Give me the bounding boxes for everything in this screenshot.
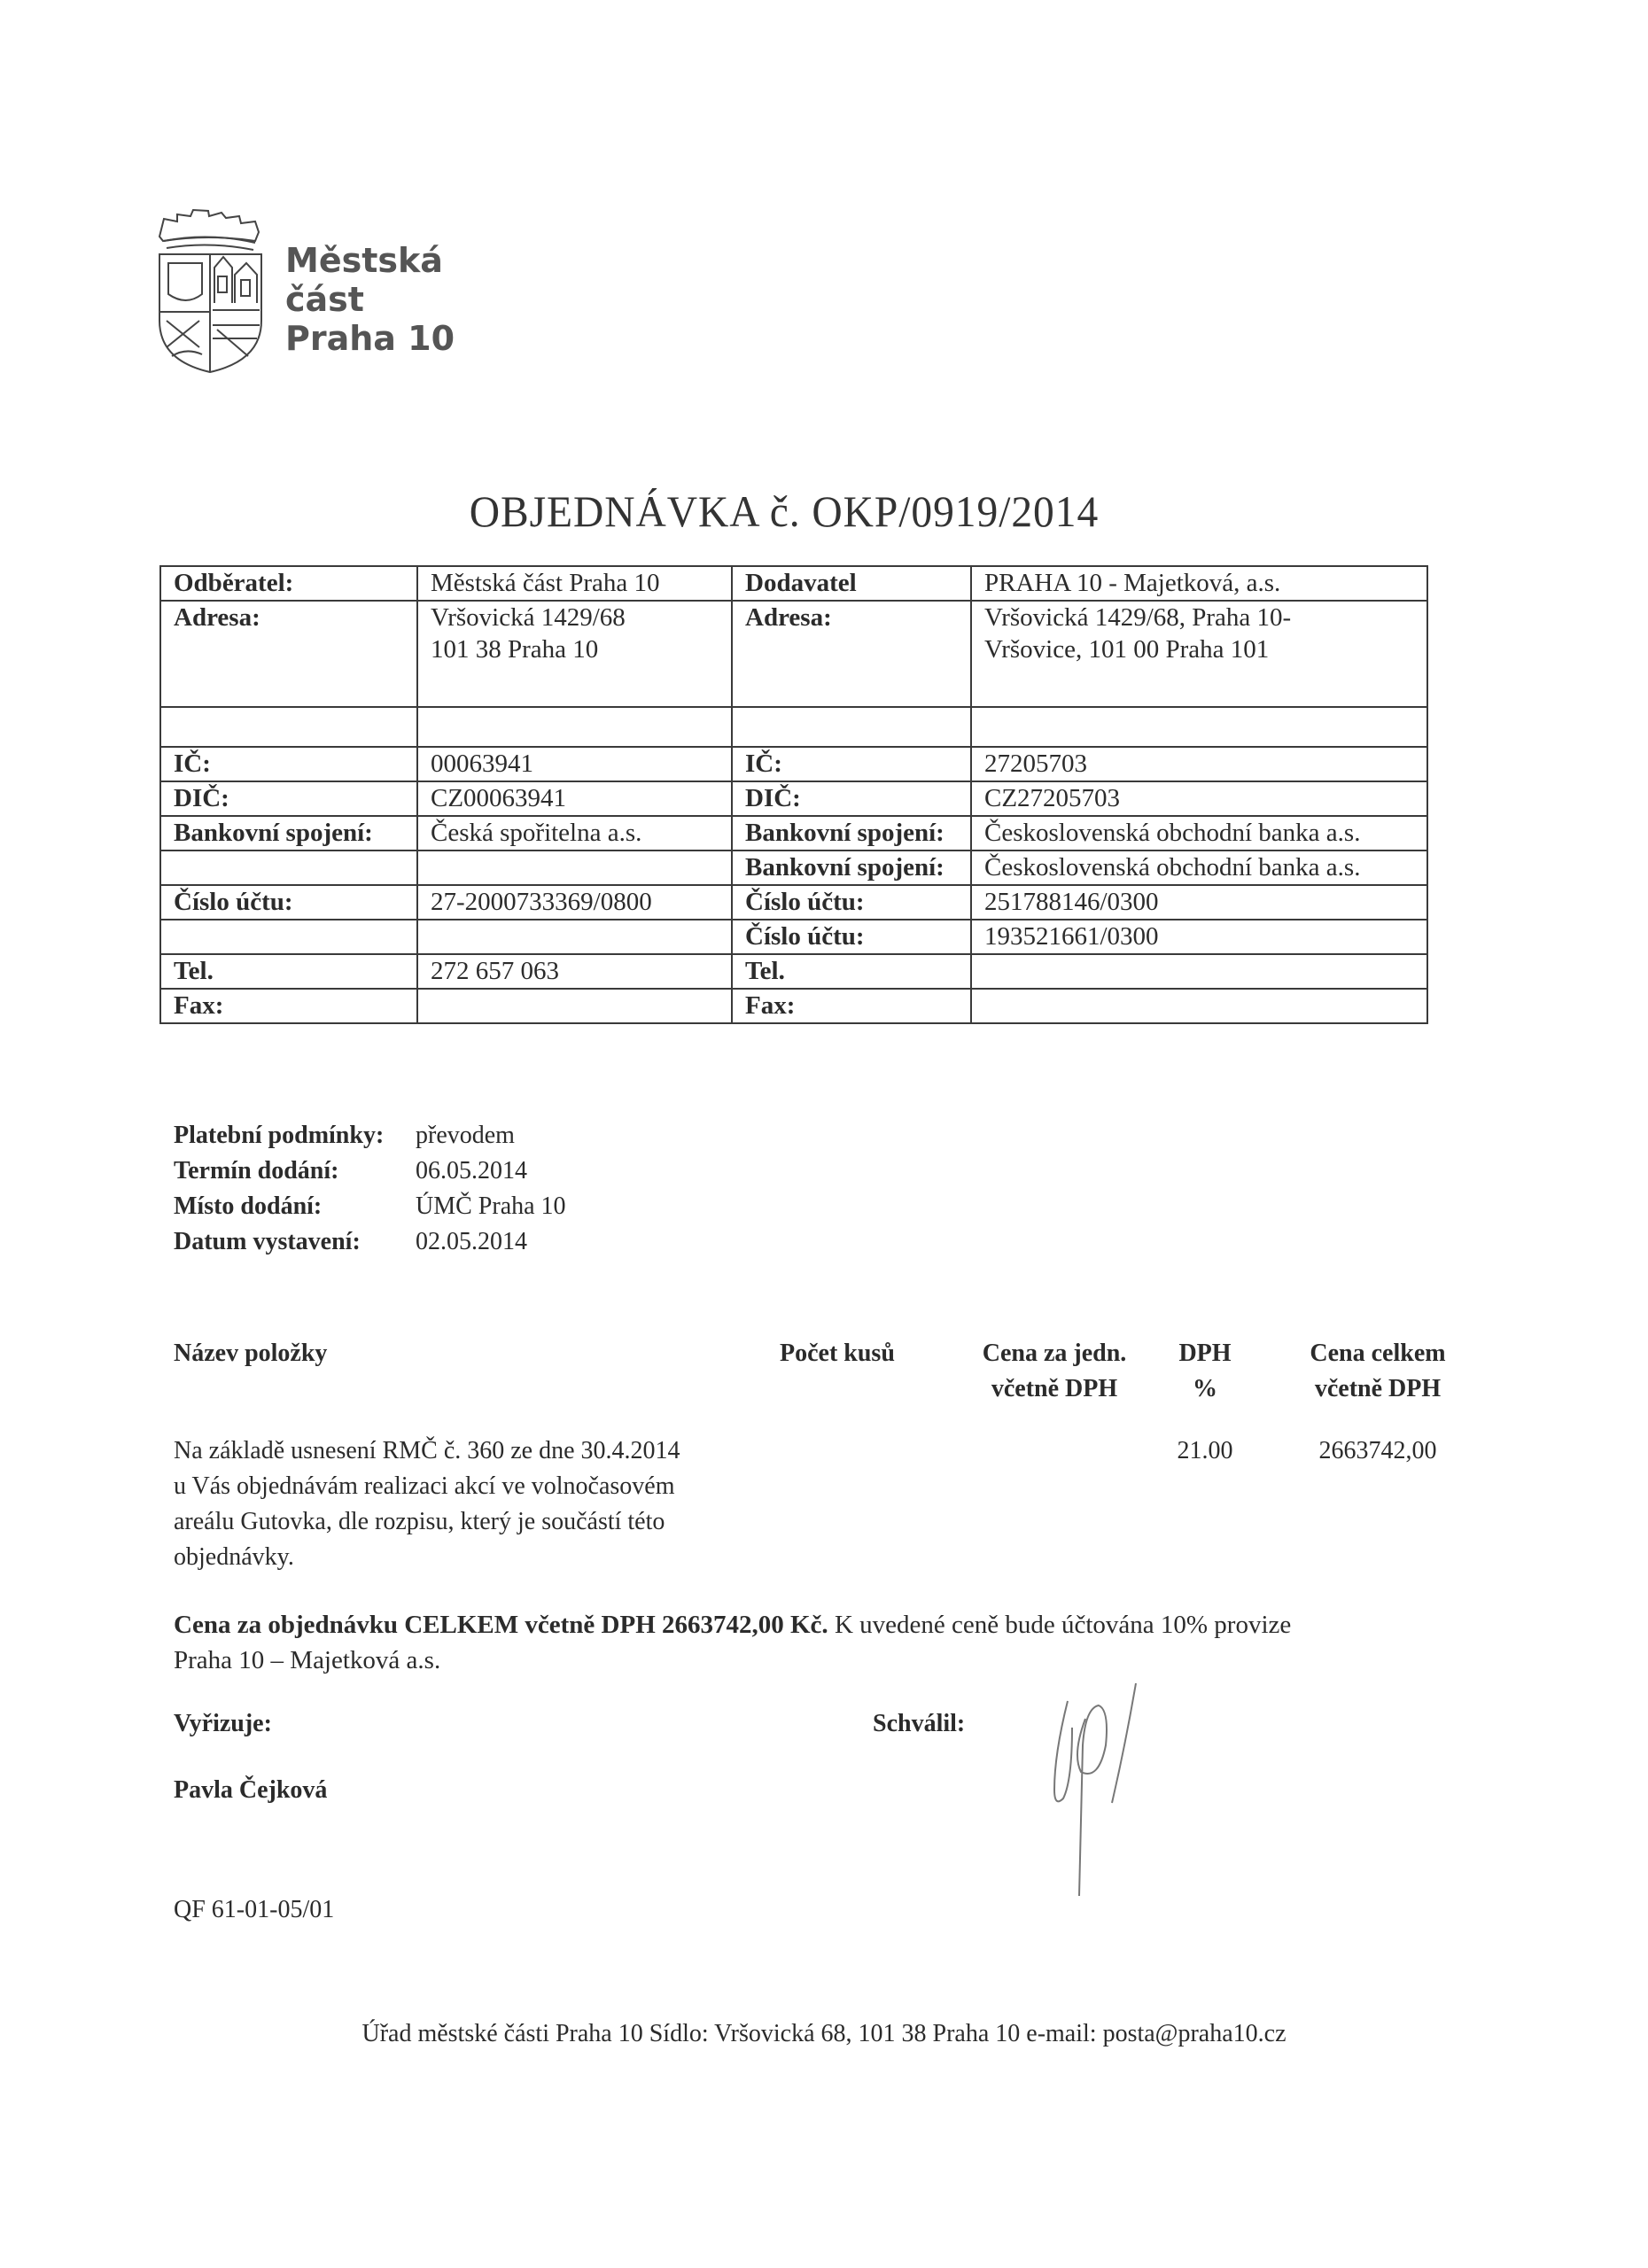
party-row: IČ:00063941IČ:27205703: [160, 747, 1427, 781]
summary-total: Cena za objednávku CELKEM včetně DPH 266…: [174, 1611, 828, 1639]
party-row: Číslo účtu:27-2000733369/0800Číslo účtu:…: [160, 885, 1427, 920]
party-label: Adresa:: [732, 601, 971, 707]
party-label: Číslo účtu:: [732, 920, 971, 954]
party-row: [160, 707, 1427, 747]
term-value: ÚMČ Praha 10: [416, 1189, 566, 1224]
col-header-vat: DPH %: [1161, 1336, 1249, 1407]
party-value: Československá obchodní banka a.s.: [971, 850, 1427, 885]
party-label: DIČ:: [732, 781, 971, 816]
coat-of-arms-icon: [151, 206, 275, 374]
party-row: Bankovní spojení:Československá obchodní…: [160, 850, 1427, 885]
party-value: CZ00063941: [417, 781, 732, 816]
party-value-line: Vršovice, 101 00 Praha 101: [984, 633, 1414, 665]
party-label: Odběratel:: [160, 566, 417, 601]
header-line: DPH: [1161, 1336, 1249, 1371]
party-value-line: 101 38 Praha 10: [431, 633, 719, 665]
party-value: CZ27205703: [971, 781, 1427, 816]
item-vat: 21.00: [1161, 1433, 1249, 1469]
term-value: 02.05.2014: [416, 1224, 527, 1260]
party-value: [417, 850, 732, 885]
party-label: Fax:: [160, 989, 417, 1023]
order-summary: Cena za objednávku CELKEM včetně DPH 266…: [174, 1607, 1450, 1678]
desc-line: areálu Gutovka, dle rozpisu, který je so…: [174, 1504, 741, 1540]
col-header-unit-price: Cena za jedn. včetně DPH: [966, 1336, 1143, 1407]
party-label: [732, 707, 971, 747]
party-value: 27205703: [971, 747, 1427, 781]
party-value: [417, 989, 732, 1023]
term-row: Datum vystavení:02.05.2014: [174, 1224, 566, 1260]
party-label: Tel.: [160, 954, 417, 989]
party-label: Tel.: [732, 954, 971, 989]
term-value: 06.05.2014: [416, 1153, 527, 1189]
party-label: Adresa:: [160, 601, 417, 707]
document-title-text: OBJEDNÁVKA č. OKP/0919/2014: [470, 485, 1099, 537]
document-title: OBJEDNÁVKA č. OKP/0919/2014: [0, 485, 1648, 537]
party-label: Fax:: [732, 989, 971, 1023]
header-line: %: [1161, 1371, 1249, 1407]
col-header-total: Cena celkem včetně DPH: [1294, 1336, 1462, 1407]
party-row: DIČ:CZ00063941DIČ:CZ27205703: [160, 781, 1427, 816]
party-value: 27-2000733369/0800: [417, 885, 732, 920]
summary-note: K uvedené ceně bude účtována 10% provize: [828, 1611, 1292, 1639]
party-value: Městská část Praha 10: [417, 566, 732, 601]
item-total: 2663742,00: [1294, 1433, 1462, 1469]
header-line: včetně DPH: [966, 1371, 1143, 1407]
signature-icon: [1037, 1648, 1143, 1922]
party-row: Tel.272 657 063Tel.: [160, 954, 1427, 989]
party-label: [160, 920, 417, 954]
party-label: Číslo účtu:: [732, 885, 971, 920]
term-value: převodem: [416, 1118, 515, 1153]
header-line: Cena celkem: [1294, 1336, 1462, 1371]
handles-label: Vyřizuje:: [174, 1710, 272, 1738]
col-header-name: Název položky: [174, 1336, 327, 1371]
party-value: 251788146/0300: [971, 885, 1427, 920]
party-value: [971, 954, 1427, 989]
municipal-logo-text: Městská část Praha 10: [285, 241, 455, 358]
party-value: [417, 707, 732, 747]
logo-line: část: [285, 280, 455, 319]
summary-line-2: Praha 10 – Majetková a.s.: [174, 1643, 1450, 1678]
party-row: Číslo účtu:193521661/0300: [160, 920, 1427, 954]
party-value: PRAHA 10 - Majetková, a.s.: [971, 566, 1427, 601]
party-value: 00063941: [417, 747, 732, 781]
desc-line: Na základě usnesení RMČ č. 360 ze dne 30…: [174, 1433, 741, 1469]
party-label: Bankovní spojení:: [732, 850, 971, 885]
party-value: [971, 989, 1427, 1023]
party-value: 193521661/0300: [971, 920, 1427, 954]
header-line: včetně DPH: [1294, 1371, 1462, 1407]
term-label: Termín dodání:: [174, 1153, 416, 1189]
party-row: Bankovní spojení:Česká spořitelna a.s.Ba…: [160, 816, 1427, 850]
header-line: Cena za jedn.: [966, 1336, 1143, 1371]
col-header-qty: Počet kusů: [780, 1336, 895, 1371]
item-description: Na základě usnesení RMČ č. 360 ze dne 30…: [174, 1433, 741, 1575]
summary-line: Cena za objednávku CELKEM včetně DPH 266…: [174, 1607, 1450, 1643]
party-label: [160, 850, 417, 885]
logo-line: Městská: [285, 241, 455, 280]
form-code: QF 61-01-05/01: [174, 1896, 334, 1924]
logo-line: Praha 10: [285, 319, 455, 358]
party-details-table: Odběratel:Městská část Praha 10Dodavatel…: [159, 565, 1428, 1024]
term-label: Místo dodání:: [174, 1189, 416, 1224]
party-value: [417, 920, 732, 954]
party-value-line: Vršovická 1429/68: [431, 602, 719, 633]
party-label: Dodavatel: [732, 566, 971, 601]
party-label: IČ:: [732, 747, 971, 781]
term-label: Datum vystavení:: [174, 1224, 416, 1260]
term-row: Termín dodání:06.05.2014: [174, 1153, 566, 1189]
desc-line: objednávky.: [174, 1540, 741, 1575]
party-value: Česká spořitelna a.s.: [417, 816, 732, 850]
approved-label: Schválil:: [873, 1710, 965, 1738]
party-value: Československá obchodní banka a.s.: [971, 816, 1427, 850]
party-row: Adresa:Vršovická 1429/68101 38 Praha 10A…: [160, 601, 1427, 707]
party-label: Bankovní spojení:: [732, 816, 971, 850]
party-label: DIČ:: [160, 781, 417, 816]
handler-name: Pavla Čejková: [174, 1776, 327, 1805]
order-terms: Platební podmínky:převodem Termín dodání…: [174, 1118, 566, 1260]
party-row: Odběratel:Městská část Praha 10Dodavatel…: [160, 566, 1427, 601]
desc-line: u Vás objednávám realizaci akcí ve volno…: [174, 1469, 741, 1504]
party-value-line: Vršovická 1429/68, Praha 10-: [984, 602, 1414, 633]
party-value: [971, 707, 1427, 747]
party-value: Vršovická 1429/68101 38 Praha 10: [417, 601, 732, 707]
party-label: Bankovní spojení:: [160, 816, 417, 850]
party-label: Číslo účtu:: [160, 885, 417, 920]
footer-address: Úřad městské části Praha 10 Sídlo: Vršov…: [0, 2020, 1648, 2048]
party-row: Fax:Fax:: [160, 989, 1427, 1023]
term-label: Platební podmínky:: [174, 1118, 416, 1153]
term-row: Místo dodání:ÚMČ Praha 10: [174, 1189, 566, 1224]
party-value: Vršovická 1429/68, Praha 10-Vršovice, 10…: [971, 601, 1427, 707]
party-value: 272 657 063: [417, 954, 732, 989]
term-row: Platební podmínky:převodem: [174, 1118, 566, 1153]
party-label: IČ:: [160, 747, 417, 781]
party-label: [160, 707, 417, 747]
